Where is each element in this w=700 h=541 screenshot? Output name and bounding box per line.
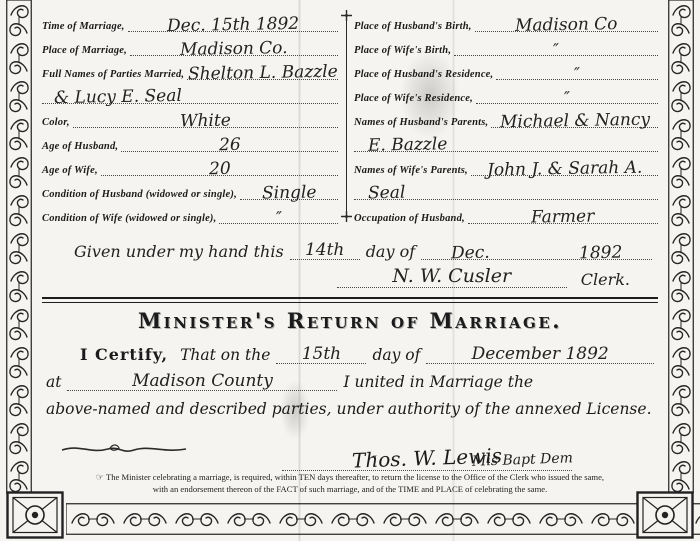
field-value-handwritten: White	[180, 113, 231, 131]
attestation-prefix: Given under my hand this	[68, 244, 290, 260]
field-line: Madison Co	[475, 7, 658, 32]
certification-paragraph: I Certify, That on the 15th day of Decem…	[46, 337, 654, 418]
field-line: Dec. 15th 1892	[128, 7, 338, 32]
footnote-line-2: with an endorsement thereon of the FACT …	[153, 484, 548, 494]
field-label: Place of Wife's Birth,	[354, 45, 454, 56]
form-columns: Time of Marriage, Dec. 15th 1892 Place o…	[42, 8, 658, 224]
attestation-day-line: 14th	[290, 240, 360, 260]
field-label: Time of Marriage,	[42, 21, 128, 32]
field-wife-parents: Names of Wife's Parents, John J. & Sarah…	[354, 152, 658, 176]
certify-month-year: December 1892	[472, 344, 609, 364]
attestation-line: Given under my hand this 14th day of Dec…	[68, 234, 652, 260]
clerk-title: Clerk.	[567, 272, 630, 288]
field-line: John J. & Sarah A.	[471, 151, 658, 176]
field-value-handwritten: 20	[208, 161, 230, 178]
certify-text: That on the	[174, 346, 276, 364]
attestation-day: 14th	[305, 240, 344, 260]
field-age-of-husband: Age of Husband, 26	[42, 128, 338, 152]
field-wife-residence: Place of Wife's Residence, ″	[354, 80, 658, 104]
field-time-of-marriage: Time of Marriage, Dec. 15th 1892	[42, 8, 338, 32]
section-divider-rule	[42, 297, 658, 303]
divider-finial-icon	[341, 10, 352, 21]
field-husband-parents: Names of Husband's Parents, Michael & Na…	[354, 104, 658, 128]
corner-rosette-icon	[636, 491, 694, 539]
field-condition-of-wife: Condition of Wife (widowed or single), ″	[42, 200, 338, 224]
certify-text: day of	[366, 346, 426, 364]
clerk-signature-name: N. W. Cusler	[392, 265, 511, 287]
certify-lead: I Certify,	[46, 345, 174, 364]
ornamental-border-bottom	[66, 503, 700, 535]
clerk-signature-line: N. W. Cusler Clerk.	[42, 262, 630, 288]
marriage-license-document: Time of Marriage, Dec. 15th 1892 Place o…	[0, 0, 700, 541]
field-label: Condition of Wife (widowed or single),	[42, 213, 219, 224]
field-label: Place of Wife's Residence,	[354, 93, 476, 104]
field-value-handwritten: Michael & Nancy	[500, 112, 650, 132]
statute-footnote: ☞ The Minister celebrating a marriage, i…	[36, 472, 664, 495]
ditto-mark: ″	[372, 454, 377, 469]
ornamental-border-left	[6, 0, 32, 494]
certify-line-3: above-named and described parties, under…	[46, 391, 654, 418]
divider-line	[346, 21, 347, 211]
field-label: Condition of Husband (widowed or single)…	[42, 189, 240, 200]
field-value-handwritten: John J. & Sarah A.	[487, 160, 643, 180]
certify-day-line: 15th	[276, 345, 366, 364]
field-husband-residence: Place of Husband's Residence, ″	[354, 56, 658, 80]
field-value-handwritten: Madison Co	[515, 16, 618, 35]
license-form: Time of Marriage, Dec. 15th 1892 Place o…	[42, 8, 658, 466]
certify-place-line: Madison County	[67, 372, 337, 391]
attestation-year: 1892	[579, 245, 623, 263]
field-value-handwritten: Madison Co.	[180, 40, 288, 59]
field-color: Color, White	[42, 104, 338, 128]
form-column-left: Time of Marriage, Dec. 15th 1892 Place o…	[42, 8, 338, 224]
ditto-mark: ″	[276, 210, 282, 226]
pen-flourish-icon	[60, 442, 190, 456]
ditto-mark: ″	[574, 66, 580, 82]
field-line: Michael & Nancy	[491, 103, 658, 128]
footnote-line-1: The Minister celebrating a marriage, is …	[106, 472, 604, 482]
certify-month-line: December 1892	[426, 345, 654, 364]
field-line: ″	[496, 55, 658, 80]
ditto-mark: ″	[564, 90, 570, 106]
attestation-dayof: day of	[360, 244, 421, 260]
field-line: Single	[240, 175, 338, 200]
field-condition-of-husband: Condition of Husband (widowed or single)…	[42, 176, 338, 200]
field-wife-birth: Place of Wife's Birth, ″	[354, 32, 658, 56]
column-divider	[338, 8, 354, 224]
corner-rosette-icon	[6, 491, 64, 539]
field-value-handwritten: & Lucy E. Seal	[54, 88, 182, 107]
divider-finial-icon	[341, 211, 352, 222]
field-value-handwritten: Farmer	[531, 208, 595, 226]
field-occupation-of-husband: Occupation of Husband, Farmer	[354, 200, 658, 224]
ministers-return-heading: Minister's Return of Marriage.	[42, 308, 658, 333]
certify-line-1: I Certify, That on the 15th day of Decem…	[46, 337, 654, 364]
ornamental-border-right	[668, 0, 694, 494]
field-value-handwritten: Shelton L. Bazzle	[188, 64, 338, 84]
certify-text: at	[46, 373, 67, 391]
field-age-of-wife: Age of Wife, 20	[42, 152, 338, 176]
field-husband-birth: Place of Husband's Birth, Madison Co	[354, 8, 658, 32]
field-line: ″	[476, 79, 658, 104]
ditto-mark: ″	[553, 42, 559, 58]
field-value-handwritten: Seal	[368, 185, 406, 203]
minister-signature-block: Thos. W. Lewis ″ Mis Bapt Dem	[42, 420, 658, 466]
field-label: Occupation of Husband,	[354, 213, 468, 224]
field-label: Place of Marriage,	[42, 45, 130, 56]
field-line: 26	[121, 127, 338, 152]
field-value-handwritten: 26	[219, 137, 241, 154]
field-line: Farmer	[468, 199, 658, 224]
certify-day: 15th	[302, 344, 341, 364]
certify-text: I united in Marriage the	[337, 373, 539, 391]
field-value-handwritten: Single	[262, 185, 317, 203]
certify-text: above-named and described parties, under…	[46, 400, 658, 418]
field-label: Age of Wife,	[42, 165, 101, 176]
field-label: Color,	[42, 117, 73, 128]
attestation-month-line: Dec. 1892	[421, 242, 652, 260]
field-value-handwritten: Dec. 15th 1892	[167, 16, 299, 35]
certify-line-2: at Madison County I united in Marriage t…	[46, 364, 654, 391]
field-value-handwritten: E. Bazzle	[368, 136, 448, 154]
certify-place: Madison County	[132, 371, 273, 391]
clerk-signature: N. W. Cusler	[337, 265, 567, 288]
attestation-month: Dec.	[451, 245, 490, 263]
pointing-hand-icon: ☞	[96, 473, 104, 483]
form-column-right: Place of Husband's Birth, Madison Co Pla…	[354, 8, 658, 224]
